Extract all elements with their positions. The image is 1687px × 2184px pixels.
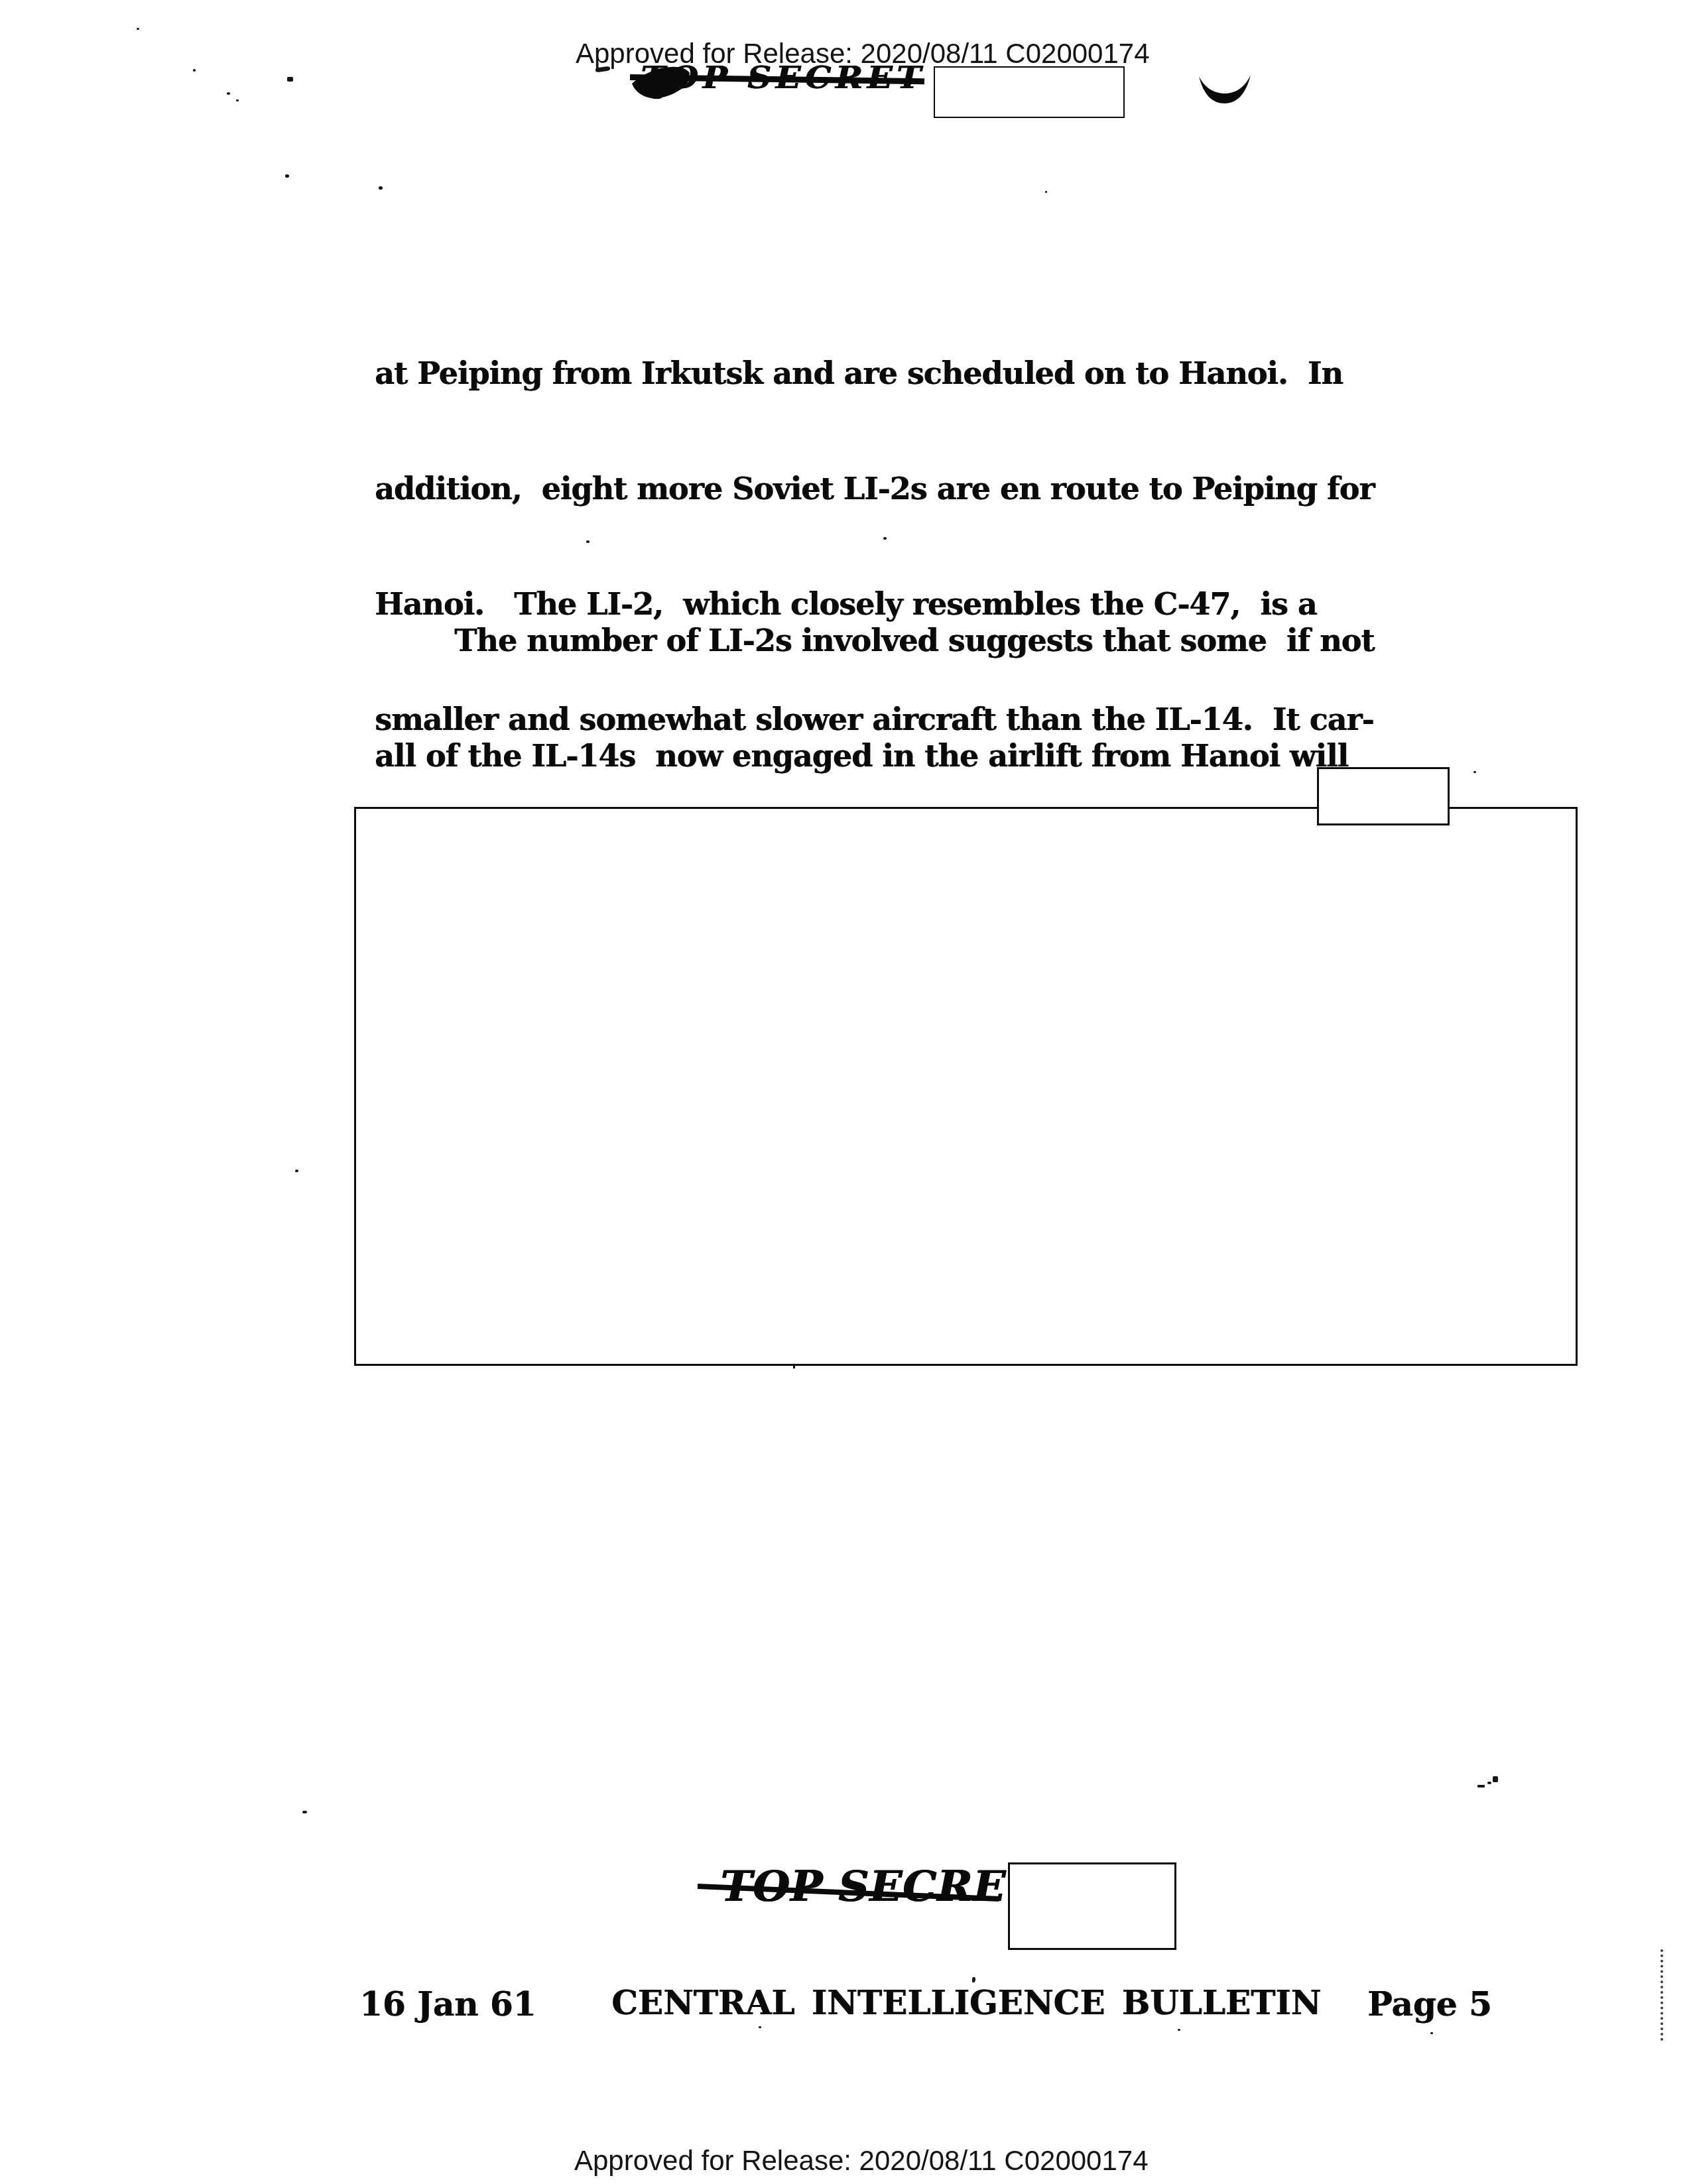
ink-speck (295, 1170, 298, 1172)
scan-edge-artifact (1660, 1949, 1663, 2041)
redaction-box-large (354, 807, 1578, 1366)
body-line: addition, eight more Soviet LI-2s are en… (375, 469, 1394, 508)
ink-speck (379, 186, 383, 190)
footer-publication-title: CENTRAL INTELLIGENCE BULLETIN (611, 1986, 1321, 2020)
document-page: Approved for Release: 2020/08/11 C020001… (0, 0, 1687, 2184)
ink-speck (1430, 2032, 1433, 2034)
ink-speck (1178, 2029, 1180, 2031)
body-line: all of the IL-14s now engaged in the air… (375, 737, 1389, 775)
ink-speck (1477, 1785, 1485, 1788)
ink-speck (759, 2026, 761, 2028)
ink-speck (137, 28, 139, 30)
ink-speck (227, 92, 230, 95)
ink-crescent-mark (1197, 73, 1253, 106)
release-stamp-bottom: Approved for Release: 2020/08/11 C020001… (574, 2147, 1149, 2175)
ink-speck (1493, 1776, 1498, 1782)
ink-speck (236, 99, 239, 101)
ink-speck (1045, 191, 1047, 193)
ink-speck (883, 537, 887, 540)
footer-page-number: Page 5 (1367, 1988, 1492, 2021)
ink-speck (302, 1811, 307, 1813)
redaction-box-top (934, 66, 1125, 118)
footer-imprint: 16 Jan 61 CENTRAL INTELLIGENCE BULLETIN … (0, 1986, 1687, 2026)
ink-speck (287, 77, 293, 82)
ink-speck (193, 69, 196, 72)
redaction-box-inline (1317, 767, 1450, 825)
body-line: at Peiping from Irkutsk and are schedule… (375, 354, 1394, 393)
ink-speck (972, 1977, 975, 1982)
body-line: The number of LI-2s involved suggests th… (375, 621, 1389, 660)
ink-speck (586, 540, 590, 543)
ink-speck (1487, 1782, 1491, 1784)
ink-speck (285, 174, 289, 178)
ink-speck (1473, 771, 1476, 773)
footer-date: 16 Jan 61 (359, 1988, 536, 2021)
ink-blob (630, 64, 691, 101)
redaction-box-bottom (1008, 1862, 1176, 1950)
